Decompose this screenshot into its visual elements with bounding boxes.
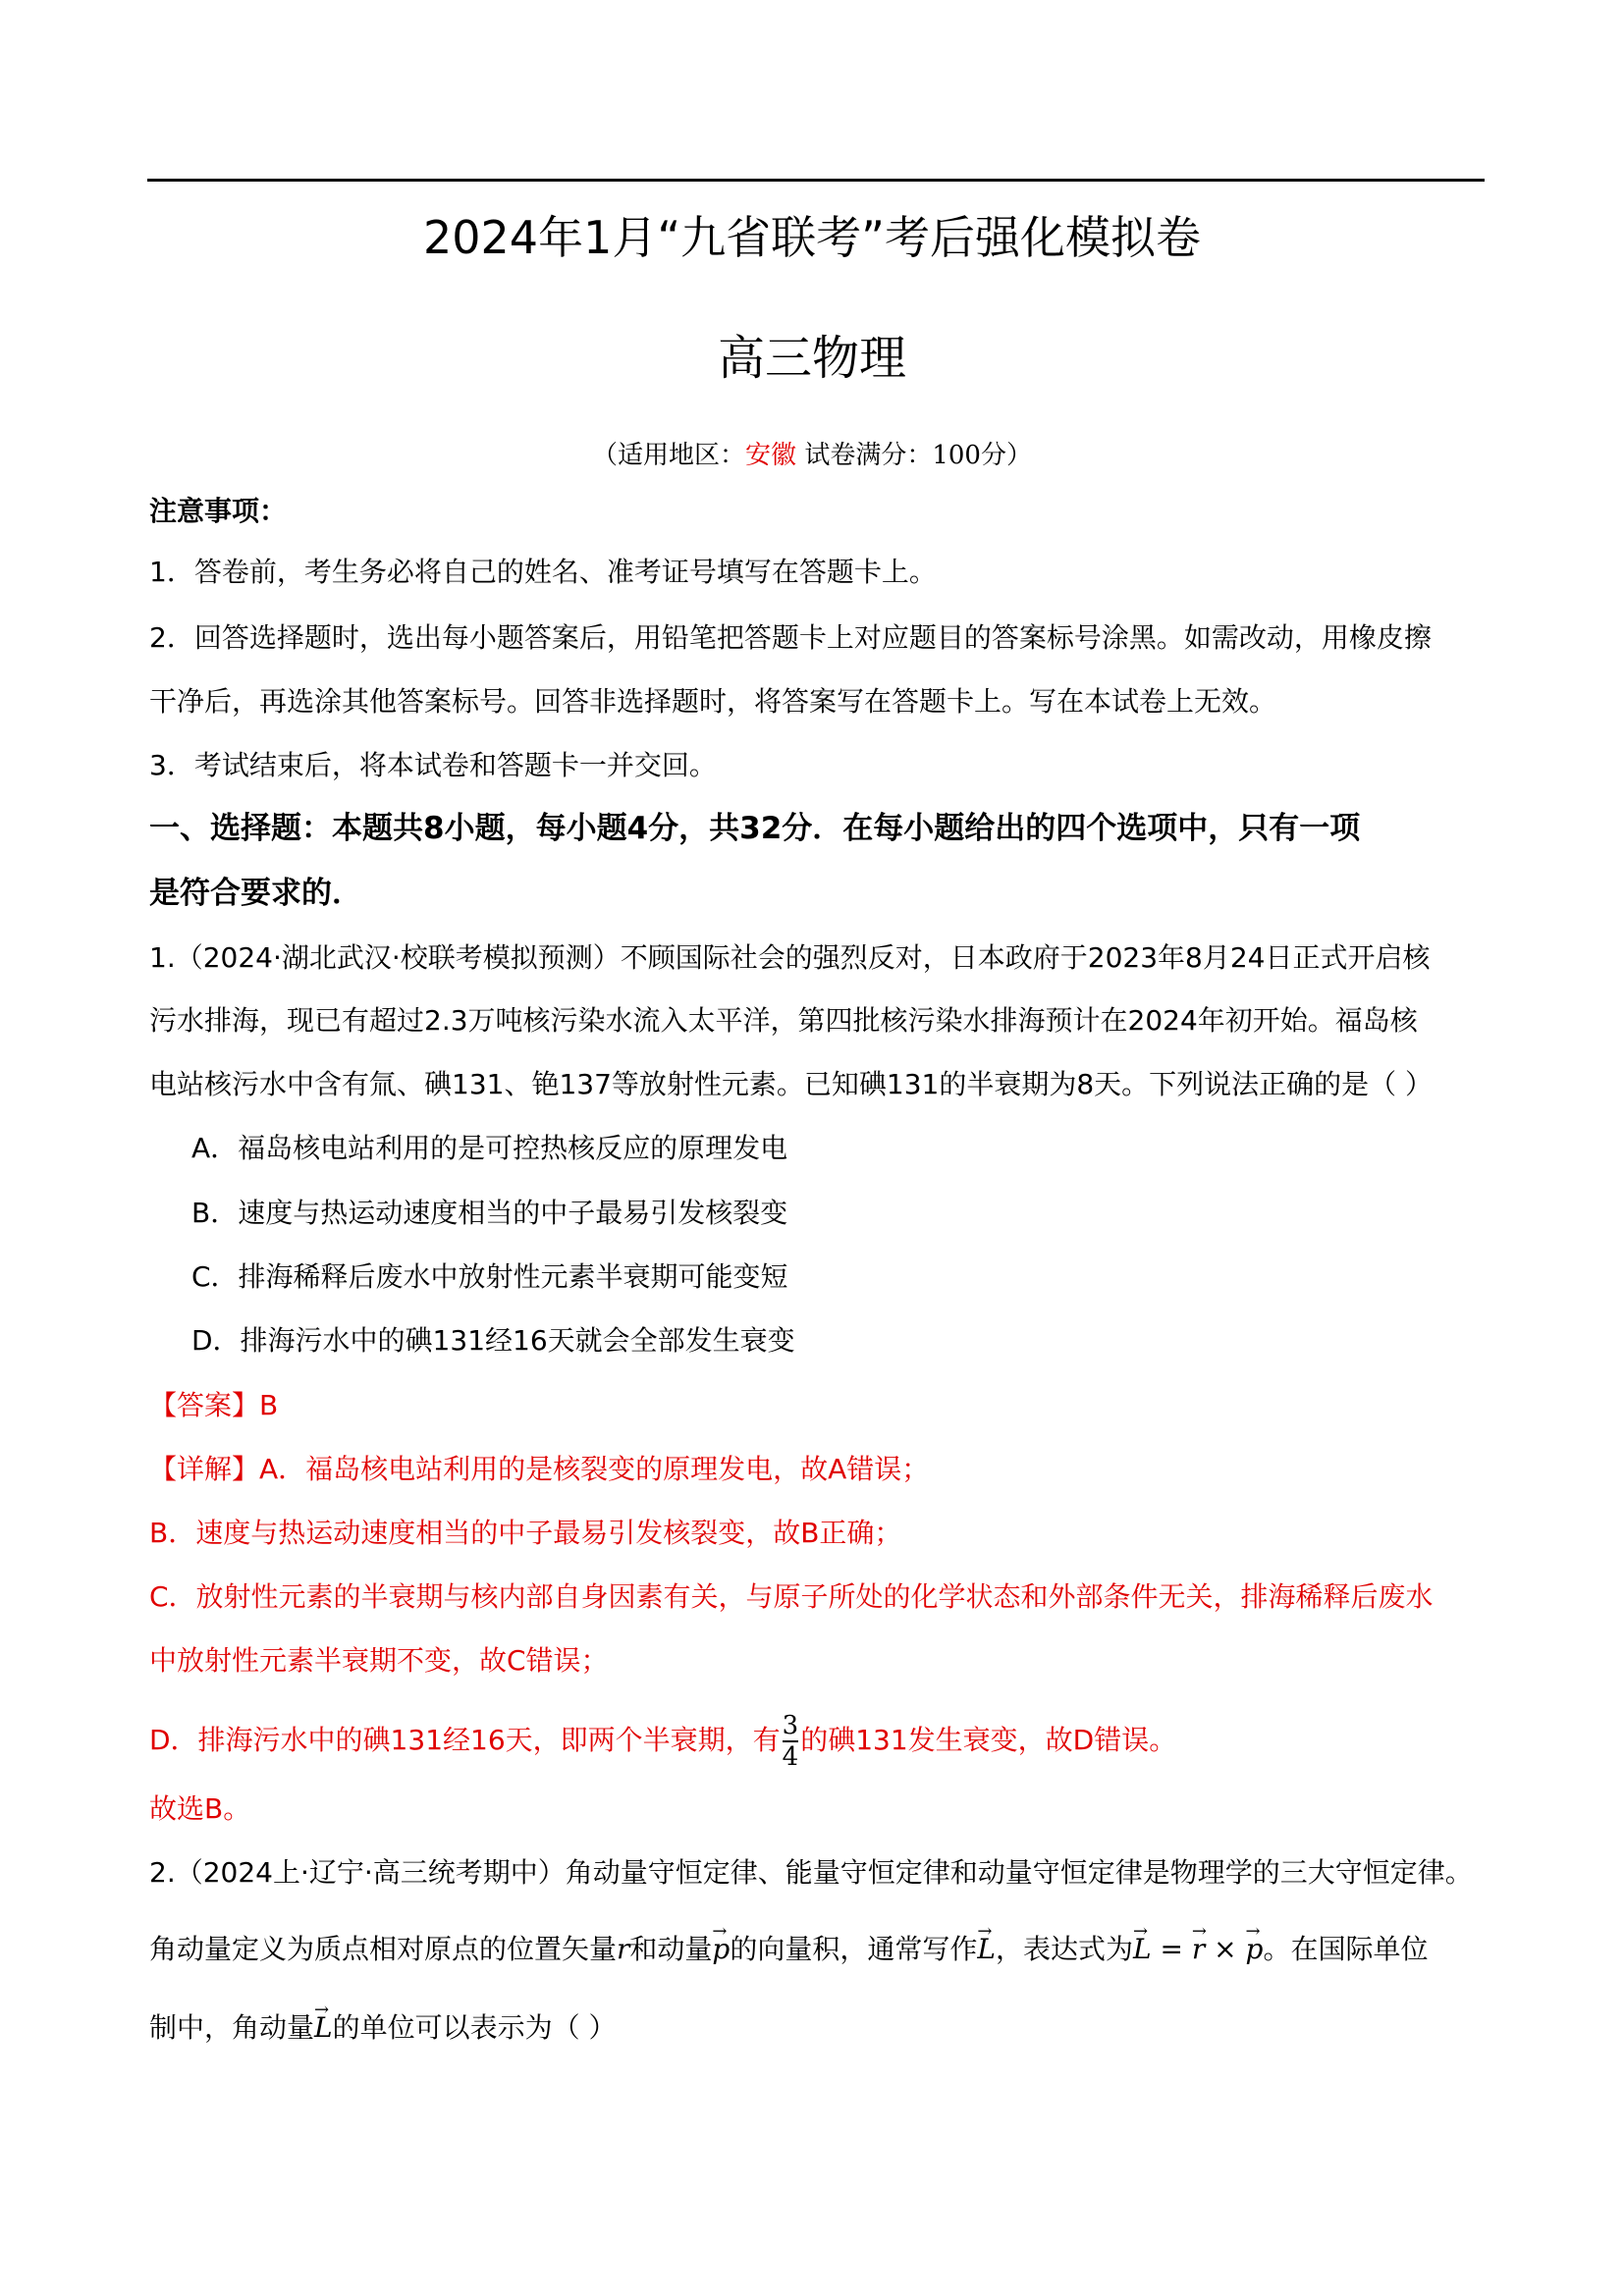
formula-p: p bbox=[1246, 1932, 1264, 1967]
subject-title: 高三物理 bbox=[0, 329, 1624, 388]
q1-option-c: C．排海稀释后废水中放射性元素半衰期可能变短 bbox=[191, 1259, 788, 1295]
page-title: 2024年1月“九省联考”考后强化模拟卷 bbox=[0, 208, 1624, 267]
q1-stem-3: 电站核污水中含有氚、碘131、铯137等放射性元素。已知碘131的半衰期为8天。… bbox=[149, 1067, 1433, 1102]
meta-prefix: （适用地区： bbox=[592, 441, 745, 470]
q1-conclusion: 故选B。 bbox=[149, 1791, 250, 1827]
section-heading: 一、选择题：本题共8小题，每小题4分，共32分．在每小题给出的四个选项中，只有一… bbox=[149, 811, 1360, 846]
q1-stem-1: 1.（2024·湖北武汉·校联考模拟预测）不顾国际社会的强烈反对，日本政府于20… bbox=[149, 940, 1430, 976]
q1-option-a: A．福岛核电站利用的是可控热核反应的原理发电 bbox=[191, 1131, 787, 1166]
exam-meta: （适用地区：安徽 试卷满分：100分） bbox=[0, 439, 1624, 472]
q1-explain-d: D．排海污水中的碘131经16天，即两个半衰期，有34的碘131发生衰变，故D错… bbox=[149, 1706, 1176, 1775]
vector-p: p bbox=[712, 1932, 730, 1967]
q2-text: ，表达式为 bbox=[996, 1933, 1133, 1965]
q2-text: 角动量定义为质点相对原点的位置矢量 bbox=[149, 1933, 617, 1965]
explain-d-pre: D．排海污水中的碘131经16天，即两个半衰期，有 bbox=[149, 1724, 781, 1756]
notice-heading: 注意事项： bbox=[149, 494, 287, 529]
var-r: r bbox=[617, 1933, 629, 1965]
section-heading-cont: 是符合要求的． bbox=[149, 876, 362, 911]
region: 安徽 bbox=[745, 441, 796, 470]
formula-r: r bbox=[1192, 1932, 1205, 1967]
q1-explain-c-cont: 中放射性元素半衰期不变，故C错误； bbox=[149, 1643, 609, 1679]
notice-item-3: 3．考试结束后，将本试卷和答题卡一并交回。 bbox=[149, 748, 717, 783]
notice-item-2: 2．回答选择题时，选出每小题答案后，用铅笔把答题卡上对应题目的答案标号涂黑。如需… bbox=[149, 620, 1432, 656]
q2-stem-2: 角动量定义为质点相对原点的位置矢量r和动量p的向量积，通常写作L，表达式为L =… bbox=[149, 1932, 1428, 1967]
q1-option-d: D．排海污水中的碘131经16天就会全部发生衰变 bbox=[191, 1323, 795, 1359]
q1-answer: 【答案】B bbox=[149, 1388, 278, 1423]
vector-L: L bbox=[314, 2010, 333, 2046]
q1-stem-2: 污水排海，现已有超过2.3万吨核污染水流入太平洋，第四批核污染水排海预计在202… bbox=[149, 1003, 1418, 1039]
formula-cross: × bbox=[1205, 1933, 1245, 1965]
q2-text: 的单位可以表示为（ ） bbox=[333, 2011, 617, 2044]
fraction-three-quarters: 34 bbox=[783, 1713, 799, 1770]
q1-option-b: B．速度与热运动速度相当的中子最易引发核裂变 bbox=[191, 1196, 787, 1231]
explain-d-post: 的碘131发生衰变，故D错误。 bbox=[800, 1724, 1176, 1756]
q2-text: 。在国际单位 bbox=[1263, 1933, 1428, 1965]
formula-equals: = bbox=[1152, 1933, 1192, 1965]
meta-suffix: 试卷满分：100分） bbox=[796, 441, 1032, 470]
header-rule bbox=[147, 179, 1485, 182]
q1-explain-b: B．速度与热运动速度相当的中子最易引发核裂变，故B正确； bbox=[149, 1516, 901, 1551]
q1-explain-c: C．放射性元素的半衰期与核内部自身因素有关，与原子所处的化学状态和外部条件无关，… bbox=[149, 1579, 1434, 1615]
notice-item-1: 1．答卷前，考生务必将自己的姓名、准考证号填写在答题卡上。 bbox=[149, 555, 937, 590]
fraction-denominator: 4 bbox=[783, 1744, 799, 1770]
q2-stem-3: 制中，角动量L的单位可以表示为（ ） bbox=[149, 2010, 617, 2046]
fraction-numerator: 3 bbox=[783, 1713, 799, 1738]
vector-L: L bbox=[977, 1932, 996, 1967]
q2-text: 和动量 bbox=[629, 1933, 712, 1965]
formula-L: L bbox=[1133, 1932, 1152, 1967]
notice-item-2-cont: 干净后，再选涂其他答案标号。回答非选择题时，将答案写在答题卡上。写在本试卷上无效… bbox=[149, 684, 1276, 720]
q1-explain-a: 【详解】A．福岛核电站利用的是核裂变的原理发电，故A错误； bbox=[149, 1452, 929, 1487]
q2-text: 制中，角动量 bbox=[149, 2011, 314, 2044]
q2-text: 的向量积，通常写作 bbox=[730, 1933, 977, 1965]
q2-stem-1: 2.（2024上·辽宁·高三统考期中）角动量守恒定律、能量守恒定律和动量守恒定律… bbox=[149, 1855, 1473, 1891]
